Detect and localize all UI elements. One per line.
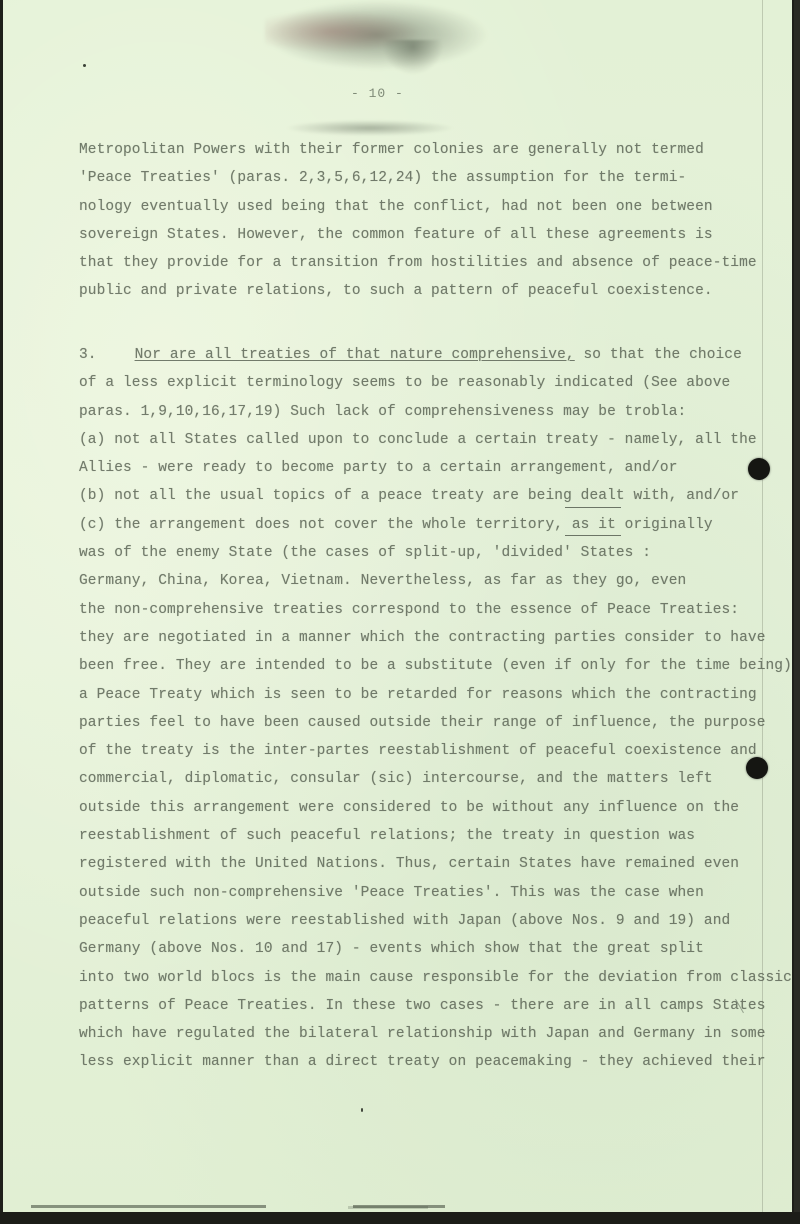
stamp-smudge-drip [383,40,443,75]
text-line: public and private relations, to such a … [79,277,679,305]
text-line: that they provide for a transition from … [79,249,679,277]
text-line: patterns of Peace Treaties. In these two… [79,992,679,1020]
underlined-lead: Nor are all treaties of that nature comp… [135,347,575,363]
punch-hole [748,458,770,480]
scan-border-right [794,0,800,1224]
text-line: outside such non-comprehensive 'Peace Tr… [79,879,679,907]
text-line: commercial, diplomatic, consular (sic) i… [79,765,679,793]
paragraph-continuation: Metropolitan Powers with their former co… [79,136,679,306]
and-or-underline-1 [565,507,621,508]
text-line: into two world blocs is the main cause r… [79,964,679,992]
text-line: peaceful relations were reestablished wi… [79,907,679,935]
text-fragment: so that the choice [575,347,742,363]
text-line: Germany, China, Korea, Vietnam. Neverthe… [79,567,679,595]
scanned-page: - 10 - Metropolitan Powers with their fo… [3,0,792,1212]
text-line: outside this arrangement were considered… [79,794,679,822]
text-line: parties feel to have been caused outside… [79,709,679,737]
paper-speck [361,1108,363,1112]
text-line: paras. 1,9,10,16,17,19) Such lack of com… [79,398,679,426]
scan-smudge [31,1205,266,1208]
text-line: Metropolitan Powers with their former co… [79,136,679,164]
scan-border-bottom [0,1212,800,1224]
paper-speck [83,64,86,67]
text-line: (a) not all States called upon to conclu… [79,426,679,454]
paragraph-3: 3.Nor are all treaties of that nature co… [79,341,679,1077]
punch-hole [746,757,768,779]
stamp-smudge [265,0,489,70]
text-line: sovereign States. However, the common fe… [79,221,679,249]
text-line: reestablishment of such peaceful relatio… [79,822,679,850]
text-line: a Peace Treaty which is seen to be retar… [79,681,679,709]
text-line: which have regulated the bilateral relat… [79,1020,679,1048]
text-line: they are negotiated in a manner which th… [79,624,679,652]
text-line: of the treaty is the inter-partes reesta… [79,737,679,765]
text-line: Allies - were ready to become party to a… [79,454,679,482]
text-line: been free. They are intended to be a sub… [79,652,679,680]
text-line: nology eventually used being that the co… [79,193,679,221]
text-line: the non-comprehensive treaties correspon… [79,596,679,624]
text-line: was of the enemy State (the cases of spl… [79,539,679,567]
text-line: of a less explicit terminology seems to … [79,369,679,397]
text-line: Germany (above Nos. 10 and 17) - events … [79,935,679,963]
paragraph-3-first-line: 3.Nor are all treaties of that nature co… [79,341,679,369]
text-line: 'Peace Treaties' (paras. 2,3,5,6,12,24) … [79,164,679,192]
and-or-underline-2 [565,535,621,536]
paragraph-number: 3. [79,347,97,363]
page-number: - 10 - [351,86,404,101]
text-line: less explicit manner than a direct treat… [79,1048,679,1076]
header-smudge [285,120,455,136]
scan-smudge [348,1206,428,1209]
text-line: registered with the United Nations. Thus… [79,850,679,878]
